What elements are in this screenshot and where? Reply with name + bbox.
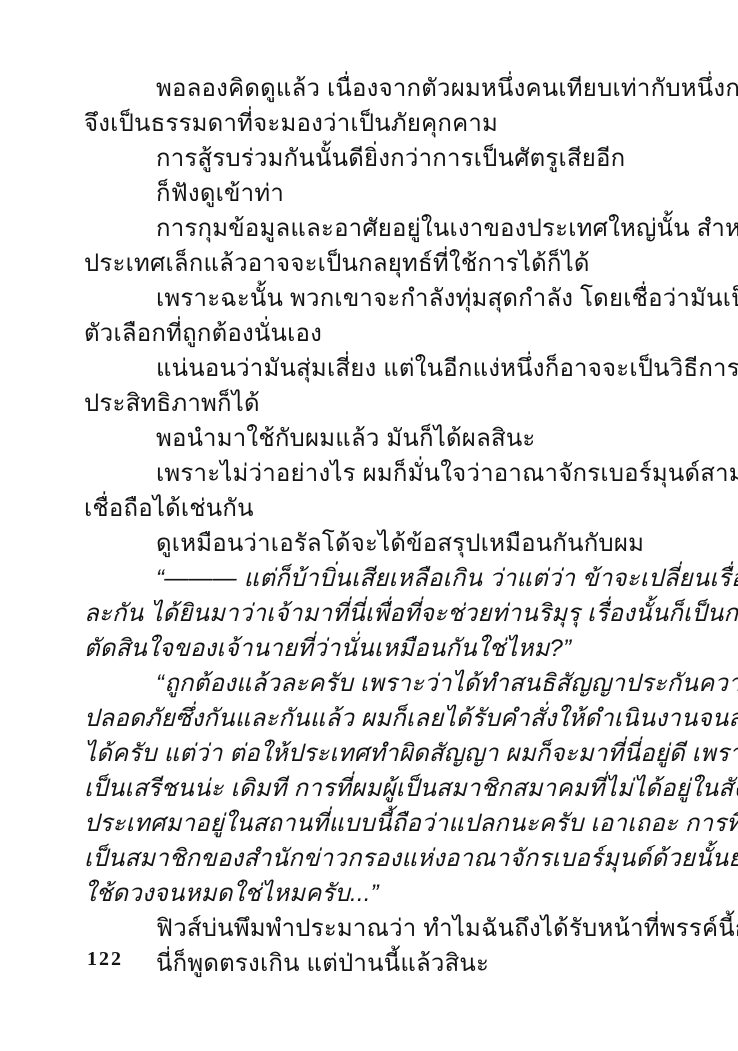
text-line: “——— แต่ก็บ้าบิ่นเสียเหลือเกิน ว่าแต่ว่า… <box>84 561 662 596</box>
text-line: ประเทศมาอยู่ในสถานที่แบบนี้ถือว่าแปลกนะค… <box>84 806 662 841</box>
text-line: จึงเป็นธรรมดาที่จะมองว่าเป็นภัยคุกคาม <box>84 106 662 141</box>
text-line: ประเทศเล็กแล้วอาจจะเป็นกลยุทธ์ที่ใช้การไ… <box>84 246 662 281</box>
text-line: การกุมข้อมูลและอาศัยอยู่ในเงาของประเทศให… <box>84 211 662 246</box>
text-line: นี่ก็พูดตรงเกิน แต่ป่านนี้แล้วสินะ <box>84 946 662 981</box>
text-line: พอนำมาใช้กับผมแล้ว มันก็ได้ผลสินะ <box>84 421 662 456</box>
text-line: ประสิทธิภาพก็ได้ <box>84 386 662 421</box>
text-line: เพราะฉะนั้น พวกเขาจะกำลังทุ่มสุดกำลัง โด… <box>84 281 662 316</box>
text-line: เป็นสมาชิกของสำนักข่าวกรองแห่งอาณาจักรเบ… <box>84 841 662 876</box>
text-line: พอลองคิดดูแล้ว เนื่องจากตัวผมหนึ่งคนเทีย… <box>84 71 662 106</box>
page-number: 122 <box>87 948 123 971</box>
text-line: เป็นเสรีชนน่ะ เดิมที การที่ผมผู้เป็นสมาช… <box>84 771 662 806</box>
text-line: ตัดสินใจของเจ้านายที่ว่านั่นเหมือนกันใช่… <box>84 631 662 666</box>
body-text: พอลองคิดดูแล้ว เนื่องจากตัวผมหนึ่งคนเทีย… <box>84 71 662 981</box>
text-line: ปลอดภัยซึ่งกันและกันแล้ว ผมก็เลยได้รับคำ… <box>84 701 662 736</box>
text-line: ดูเหมือนว่าเอรัลโด้จะได้ข้อสรุปเหมือนกัน… <box>84 526 662 561</box>
text-line: ฟิวส์บ่นพึมพำประมาณว่า ทำไมฉันถึงได้รับห… <box>84 911 662 946</box>
text-line: “ถูกต้องแล้วละครับ เพราะว่าได้ทำสนธิสัญญ… <box>84 666 662 701</box>
text-line: เพราะไม่ว่าอย่างไร ผมก็มั่นใจว่าอาณาจักร… <box>84 456 662 491</box>
text-line: เชื่อถือได้เช่นกัน <box>84 491 662 526</box>
text-line: ได้ครับ แต่ว่า ต่อให้ประเทศทำผิดสัญญา ผม… <box>84 736 662 771</box>
text-line: การสู้รบร่วมกันนั้นดียิ่งกว่าการเป็นศัตร… <box>84 141 662 176</box>
text-line: ตัวเลือกที่ถูกต้องนั่นเอง <box>84 316 662 351</box>
text-line: ละกัน ได้ยินมาว่าเจ้ามาที่นี่เพื่อที่จะช… <box>84 596 662 631</box>
book-page: พอลองคิดดูแล้ว เนื่องจากตัวผมหนึ่งคนเทีย… <box>0 0 738 1051</box>
text-line: ใช้ดวงจนหมดใช่ไหมครับ...” <box>84 876 662 911</box>
text-line: ก็ฟังดูเข้าท่า <box>84 176 662 211</box>
text-line: แน่นอนว่ามันสุ่มเสี่ยง แต่ในอีกแง่หนึ่งก… <box>84 351 662 386</box>
